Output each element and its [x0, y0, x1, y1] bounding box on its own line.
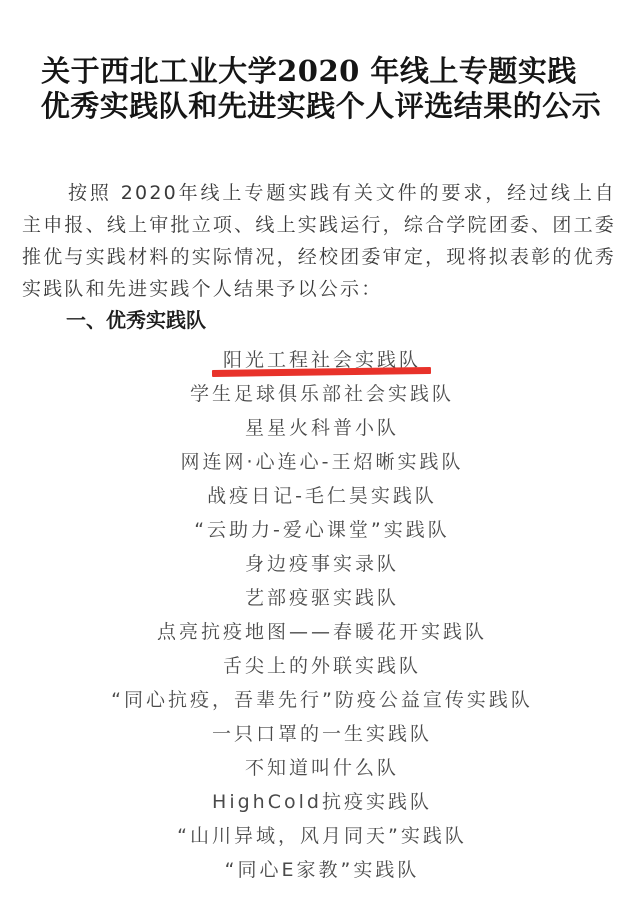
- team-item: 艺部疫驱实践队: [0, 583, 638, 617]
- team-item: “云助力-爱心课堂”实践队: [0, 515, 638, 549]
- team-item: HighCold抗疫实践队: [0, 787, 638, 821]
- team-item: 不知道叫什么队: [0, 753, 638, 787]
- team-item: “山川异域，风月同天”实践队: [0, 821, 638, 855]
- section-heading-excellent-teams: 一、优秀实践队: [66, 306, 206, 334]
- team-item: “同心E家教”实践队: [0, 855, 638, 889]
- team-item: 身边疫事实录队: [0, 549, 638, 583]
- team-list: 阳光工程社会实践队 学生足球俱乐部社会实践队 星星火科普小队 网连网·心连心-王…: [0, 345, 638, 889]
- team-item: 战疫日记-毛仁昊实践队: [0, 481, 638, 515]
- title-line-2: 优秀实践队和先进实践个人评选结果的公示: [0, 89, 638, 124]
- team-item: 星星火科普小队: [0, 413, 638, 447]
- team-item: 一只口罩的一生实践队: [0, 719, 638, 753]
- team-item: 舌尖上的外联实践队: [0, 651, 638, 685]
- intro-paragraph: 按照 2020年线上专题实践有关文件的要求，经过线上自主申报、线上审批立项、线上…: [22, 177, 616, 305]
- title-line-1: 关于西北工业大学2020 年线上专题实践: [0, 54, 638, 89]
- document-title: 关于西北工业大学2020 年线上专题实践 优秀实践队和先进实践个人评选结果的公示: [0, 54, 638, 124]
- team-item: 学生足球俱乐部社会实践队: [0, 379, 638, 413]
- team-item: 点亮抗疫地图——春暖花开实践队: [0, 617, 638, 651]
- team-item: 网连网·心连心-王炤晰实践队: [0, 447, 638, 481]
- team-item: “同心抗疫，吾辈先行”防疫公益宣传实践队: [0, 685, 638, 719]
